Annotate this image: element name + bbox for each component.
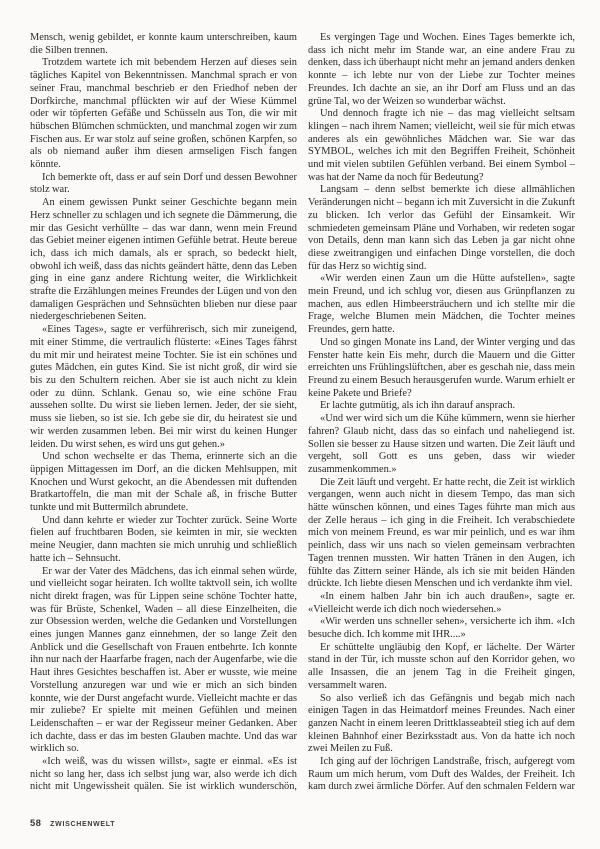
paragraph: «Wir werden einen Zaun um die Hütte aufs… — [308, 273, 575, 337]
left-text-column: Mensch, wenig gebildet, er konnte kaum u… — [30, 32, 297, 794]
paragraph: Die Zeit läuft und vergeht. Er hatte rec… — [308, 477, 575, 591]
paragraph: Ich ging auf der löchrigen Landstraße, f… — [308, 756, 575, 794]
right-text-column: Es vergingen Tage und Wochen. Eines Tage… — [308, 32, 575, 794]
paragraph: «In einem halben Jahr bin ich auch drauß… — [308, 591, 575, 616]
paragraph: Und so gingen Monate ins Land, der Winte… — [308, 337, 575, 401]
paragraph: «Eines Tages», sagte er verführerisch, s… — [30, 324, 297, 451]
text-columns: Mensch, wenig gebildet, er konnte kaum u… — [30, 32, 575, 794]
paragraph: Er lachte gutmütig, als ich ihn darauf a… — [308, 400, 575, 413]
paragraph: Ich bemerkte oft, dass er auf sein Dorf … — [30, 172, 297, 197]
paragraph: Und schon wechselte er das Thema, erinne… — [30, 451, 297, 515]
paragraph: «Ich weiß, was du wissen willst», sagte … — [30, 756, 297, 794]
paragraph: Trotzdem wartete ich mit bebendem Herzen… — [30, 57, 297, 171]
paragraph: An einem gewissen Punkt seiner Geschicht… — [30, 197, 297, 324]
paragraph: Und dennoch fragte ich nie – das mag vie… — [308, 108, 575, 184]
document-page: Mensch, wenig gebildet, er konnte kaum u… — [0, 0, 600, 849]
paragraph: Und dann kehrte er wieder zur Tochter zu… — [30, 515, 297, 566]
paragraph: Er schüttelte ungläubig den Kopf, er läc… — [308, 642, 575, 693]
paragraph: Er war der Vater des Mädchens, das ich e… — [30, 566, 297, 757]
paragraph: Mensch, wenig gebildet, er konnte kaum u… — [30, 32, 297, 57]
paragraph: «Wir werden uns schneller sehen», versic… — [308, 616, 575, 641]
paragraph: Langsam – denn selbst bemerkte ich diese… — [308, 184, 575, 273]
page-footer: 58 ZWISCHENWELT — [30, 818, 115, 829]
journal-title: ZWISCHENWELT — [50, 821, 115, 828]
paragraph: Es vergingen Tage und Wochen. Eines Tage… — [308, 32, 575, 108]
paragraph: So also verließ ich das Gefängnis und be… — [308, 693, 575, 757]
paragraph: «Und wer wird sich um die Kühe kümmern, … — [308, 413, 575, 477]
page-number: 58 — [30, 818, 41, 829]
